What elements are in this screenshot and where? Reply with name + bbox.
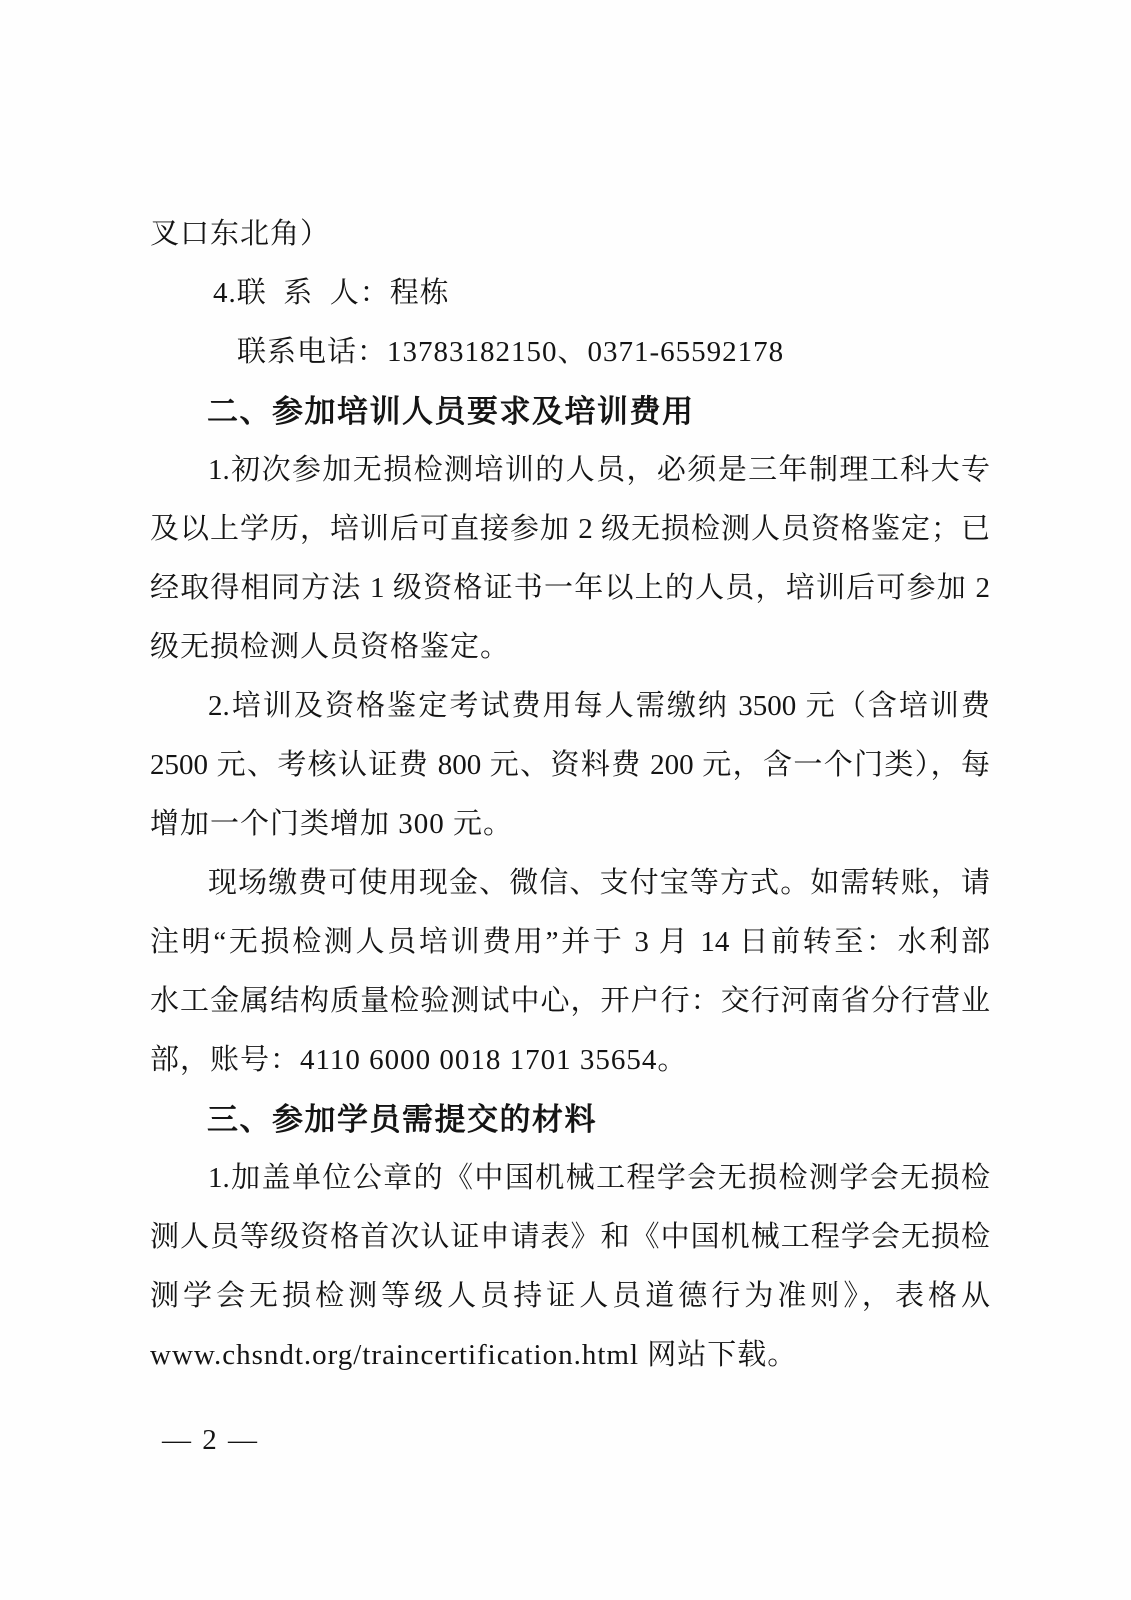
training-fee-line: 增加一个门类增加 300 元。 [150, 795, 990, 854]
training-fee-line: 2.培训及资格鉴定考试费用每人需缴纳 3500 元（含培训费 [150, 677, 990, 736]
training-requirements-line: 及以上学历，培训后可直接参加 2 级无损检测人员资格鉴定；已 [150, 500, 990, 559]
download-url-line: www.chsndt.org/traincertification.html 网… [150, 1326, 990, 1385]
training-fee-line: 2500 元、考核认证费 800 元、资料费 200 元，含一个门类），每 [150, 736, 990, 795]
payment-method-line: 注明“无损检测人员培训费用”并于 3 月 14 日前转至：水利部 [150, 913, 990, 972]
payment-method-line: 现场缴费可使用现金、微信、支付宝等方式。如需转账，请 [150, 854, 990, 913]
bank-account-line: 部，账号：4110 6000 0018 1701 35654。 [150, 1031, 990, 1090]
materials-line: 1.加盖单位公章的《中国机械工程学会无损检测学会无损检 [150, 1149, 990, 1208]
contact-phone-line: 联系电话：13783182150、0371-65592178 [150, 323, 990, 382]
section-heading-training: 二、参加培训人员要求及培训费用 [150, 382, 990, 441]
training-requirements-line: 经取得相同方法 1 级资格证书一年以上的人员，培训后可参加 2 [150, 559, 990, 618]
training-requirements-line: 级无损检测人员资格鉴定。 [150, 618, 990, 677]
document-page: 叉口东北角） 4.联 系 人：程栋 联系电话：13783182150、0371-… [0, 0, 1131, 1600]
payment-method-line: 水工金属结构质量检验测试中心，开户行：交行河南省分行营业 [150, 972, 990, 1031]
contact-person-line: 4.联 系 人：程栋 [150, 264, 990, 323]
materials-line: 测人员等级资格首次认证申请表》和《中国机械工程学会无损检 [150, 1208, 990, 1267]
section-heading-materials: 三、参加学员需提交的材料 [150, 1090, 990, 1149]
carryover-line: 叉口东北角） [150, 205, 990, 264]
training-requirements-line: 1.初次参加无损检测培训的人员，必须是三年制理工科大专 [150, 441, 990, 500]
page-number: — 2 — [162, 1424, 259, 1457]
document-body: 叉口东北角） 4.联 系 人：程栋 联系电话：13783182150、0371-… [150, 205, 990, 1385]
materials-line: 测学会无损检测等级人员持证人员道德行为准则》，表格从 [150, 1267, 990, 1326]
